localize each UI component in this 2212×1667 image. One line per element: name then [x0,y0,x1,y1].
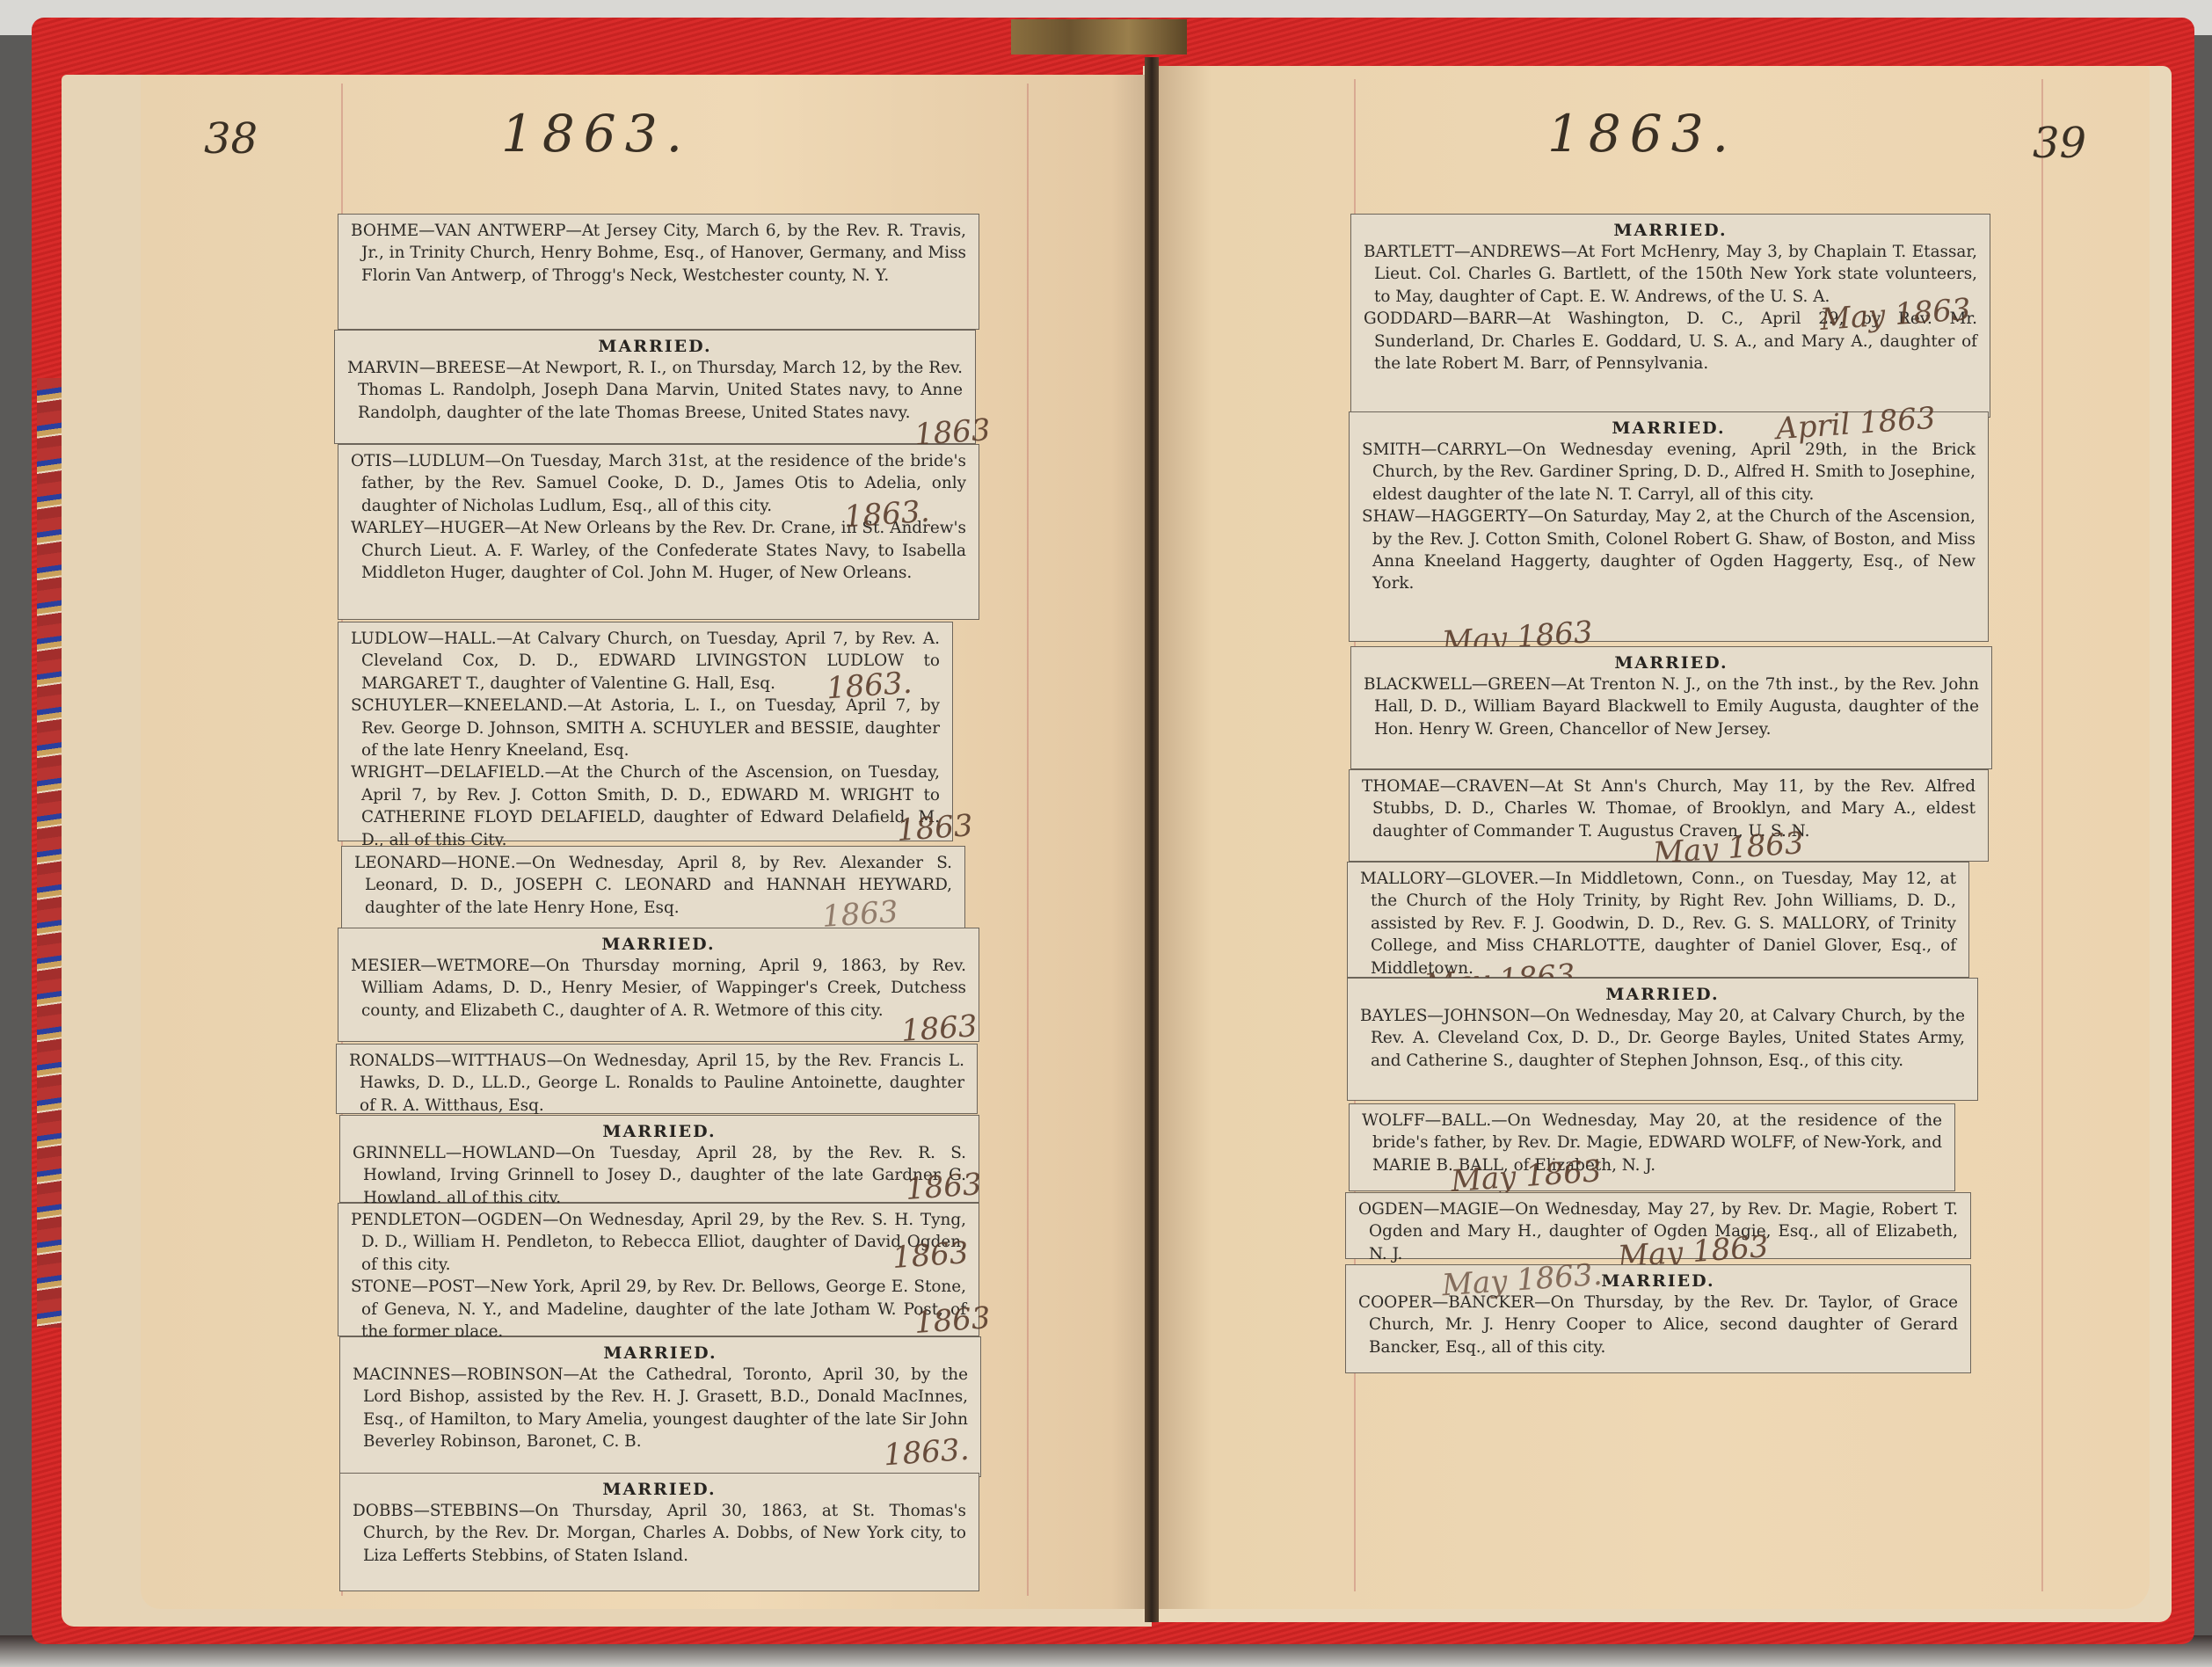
notice-text: MALLORY—GLOVER.—In Middletown, Conn., on… [1360,868,1956,979]
notice-text: MESIER—WETMORE—On Thursday morning, Apri… [351,955,966,1022]
handwritten-date: 1863 [905,1167,983,1207]
handwritten-date: 1863. [883,1432,971,1474]
clipping-ludlow-schuyler-wright: LUDLOW—HALL.—At Calvary Church, on Tuesd… [338,622,953,841]
clipping-bayles-johnson: MARRIED. BAYLES—JOHNSON—On Wednesday, Ma… [1347,978,1978,1101]
handwritten-date: 1863. [843,494,931,535]
clipping-mesier-wetmore: MARRIED. MESIER—WETMORE—On Thursday morn… [338,928,979,1042]
handwritten-date: 1863 [891,1235,970,1276]
page-number-left: 38 [204,114,258,164]
married-heading: MARRIED. [1360,984,1965,1005]
notice-text: STONE—POST—New York, April 29, by Rev. D… [351,1276,966,1343]
notice-text: BLACKWELL—GREEN—At Trenton N. J., on the… [1364,673,1979,740]
clipping-ronalds-witthaus: RONALDS—WITTHAUS—On Wednesday, April 15,… [336,1044,978,1114]
notice-text: THOMAE—CRAVEN—At St Ann's Church, May 11… [1362,775,1976,842]
margin-rule [2041,79,2043,1591]
clipping-mallory-glover: MALLORY—GLOVER.—In Middletown, Conn., on… [1347,862,1969,978]
clipping-cooper-bancker: MARRIED. COOPER—BANCKER—On Thursday, by … [1345,1264,1971,1373]
notice-text: GRINNELL—HOWLAND—On Tuesday, April 28, b… [353,1142,966,1209]
notice-text: MACINNES—ROBINSON—At the Cathedral, Toro… [353,1364,968,1453]
notice-text: PENDLETON—OGDEN—On Wednesday, April 29, … [351,1209,966,1276]
notice-text: BAYLES—JOHNSON—On Wednesday, May 20, at … [1360,1005,1965,1072]
handwritten-date: 1863 [896,808,974,848]
notice-text: MARVIN—BREESE—At Newport, R. I., on Thur… [347,357,963,424]
clipping-pendleton-stone: PENDLETON—OGDEN—On Wednesday, April 29, … [338,1203,979,1336]
clipping-marvin-breese: MARRIED. MARVIN—BREESE—At Newport, R. I.… [334,330,976,444]
notice-text: WOLFF—BALL.—On Wednesday, May 20, at the… [1362,1110,1942,1176]
clipping-smith-shaw: MARRIED. SMITH—CARRYL—On Wednesday eveni… [1349,411,1989,642]
notice-text: WRIGHT—DELAFIELD.—At the Church of the A… [351,761,940,851]
clipping-bohme-van-antwerp: BOHME—VAN ANTWERP—At Jersey City, March … [338,214,979,330]
clipping-dobbs-stebbins: MARRIED. DOBBS—STEBBINS—On Thursday, Apr… [339,1473,979,1591]
notice-text: RONALDS—WITTHAUS—On Wednesday, April 15,… [349,1050,964,1117]
notice-text: SCHUYLER—KNEELAND.—At Astoria, L. I., on… [351,695,940,761]
handwritten-date: 1863. [826,666,913,707]
clipping-blackwell-green: MARRIED. BLACKWELL—GREEN—At Trenton N. J… [1350,646,1992,769]
married-heading: MARRIED. [353,1479,966,1500]
margin-rule [1027,84,1029,1596]
married-heading: MARRIED. [351,934,966,955]
married-heading: MARRIED. [1364,652,1979,673]
married-heading: MARRIED. [1364,220,1977,241]
married-heading: MARRIED. [347,336,963,357]
clipping-wolff-ball: WOLFF—BALL.—On Wednesday, May 20, at the… [1349,1103,1955,1191]
worn-spine-top [1011,19,1187,55]
married-heading: MARRIED. [353,1343,968,1364]
year-heading-right: 1863. [1547,104,1737,164]
notice-text: SMITH—CARRYL—On Wednesday evening, April… [1362,439,1976,506]
notice-text: DOBBS—STEBBINS—On Thursday, April 30, 18… [353,1500,966,1567]
notice-text: SHAW—HAGGERTY—On Saturday, May 2, at the… [1362,506,1976,595]
book-gutter [1145,57,1159,1622]
married-heading: MARRIED. [353,1121,966,1142]
page-number-right: 39 [2033,119,2086,168]
clipping-grinnell-howland: MARRIED. GRINNELL—HOWLAND—On Tuesday, Ap… [339,1115,979,1203]
handwritten-date: 1863 [913,1300,992,1341]
notice-text: BOHME—VAN ANTWERP—At Jersey City, March … [351,220,966,287]
year-heading-left: 1863. [501,104,691,164]
